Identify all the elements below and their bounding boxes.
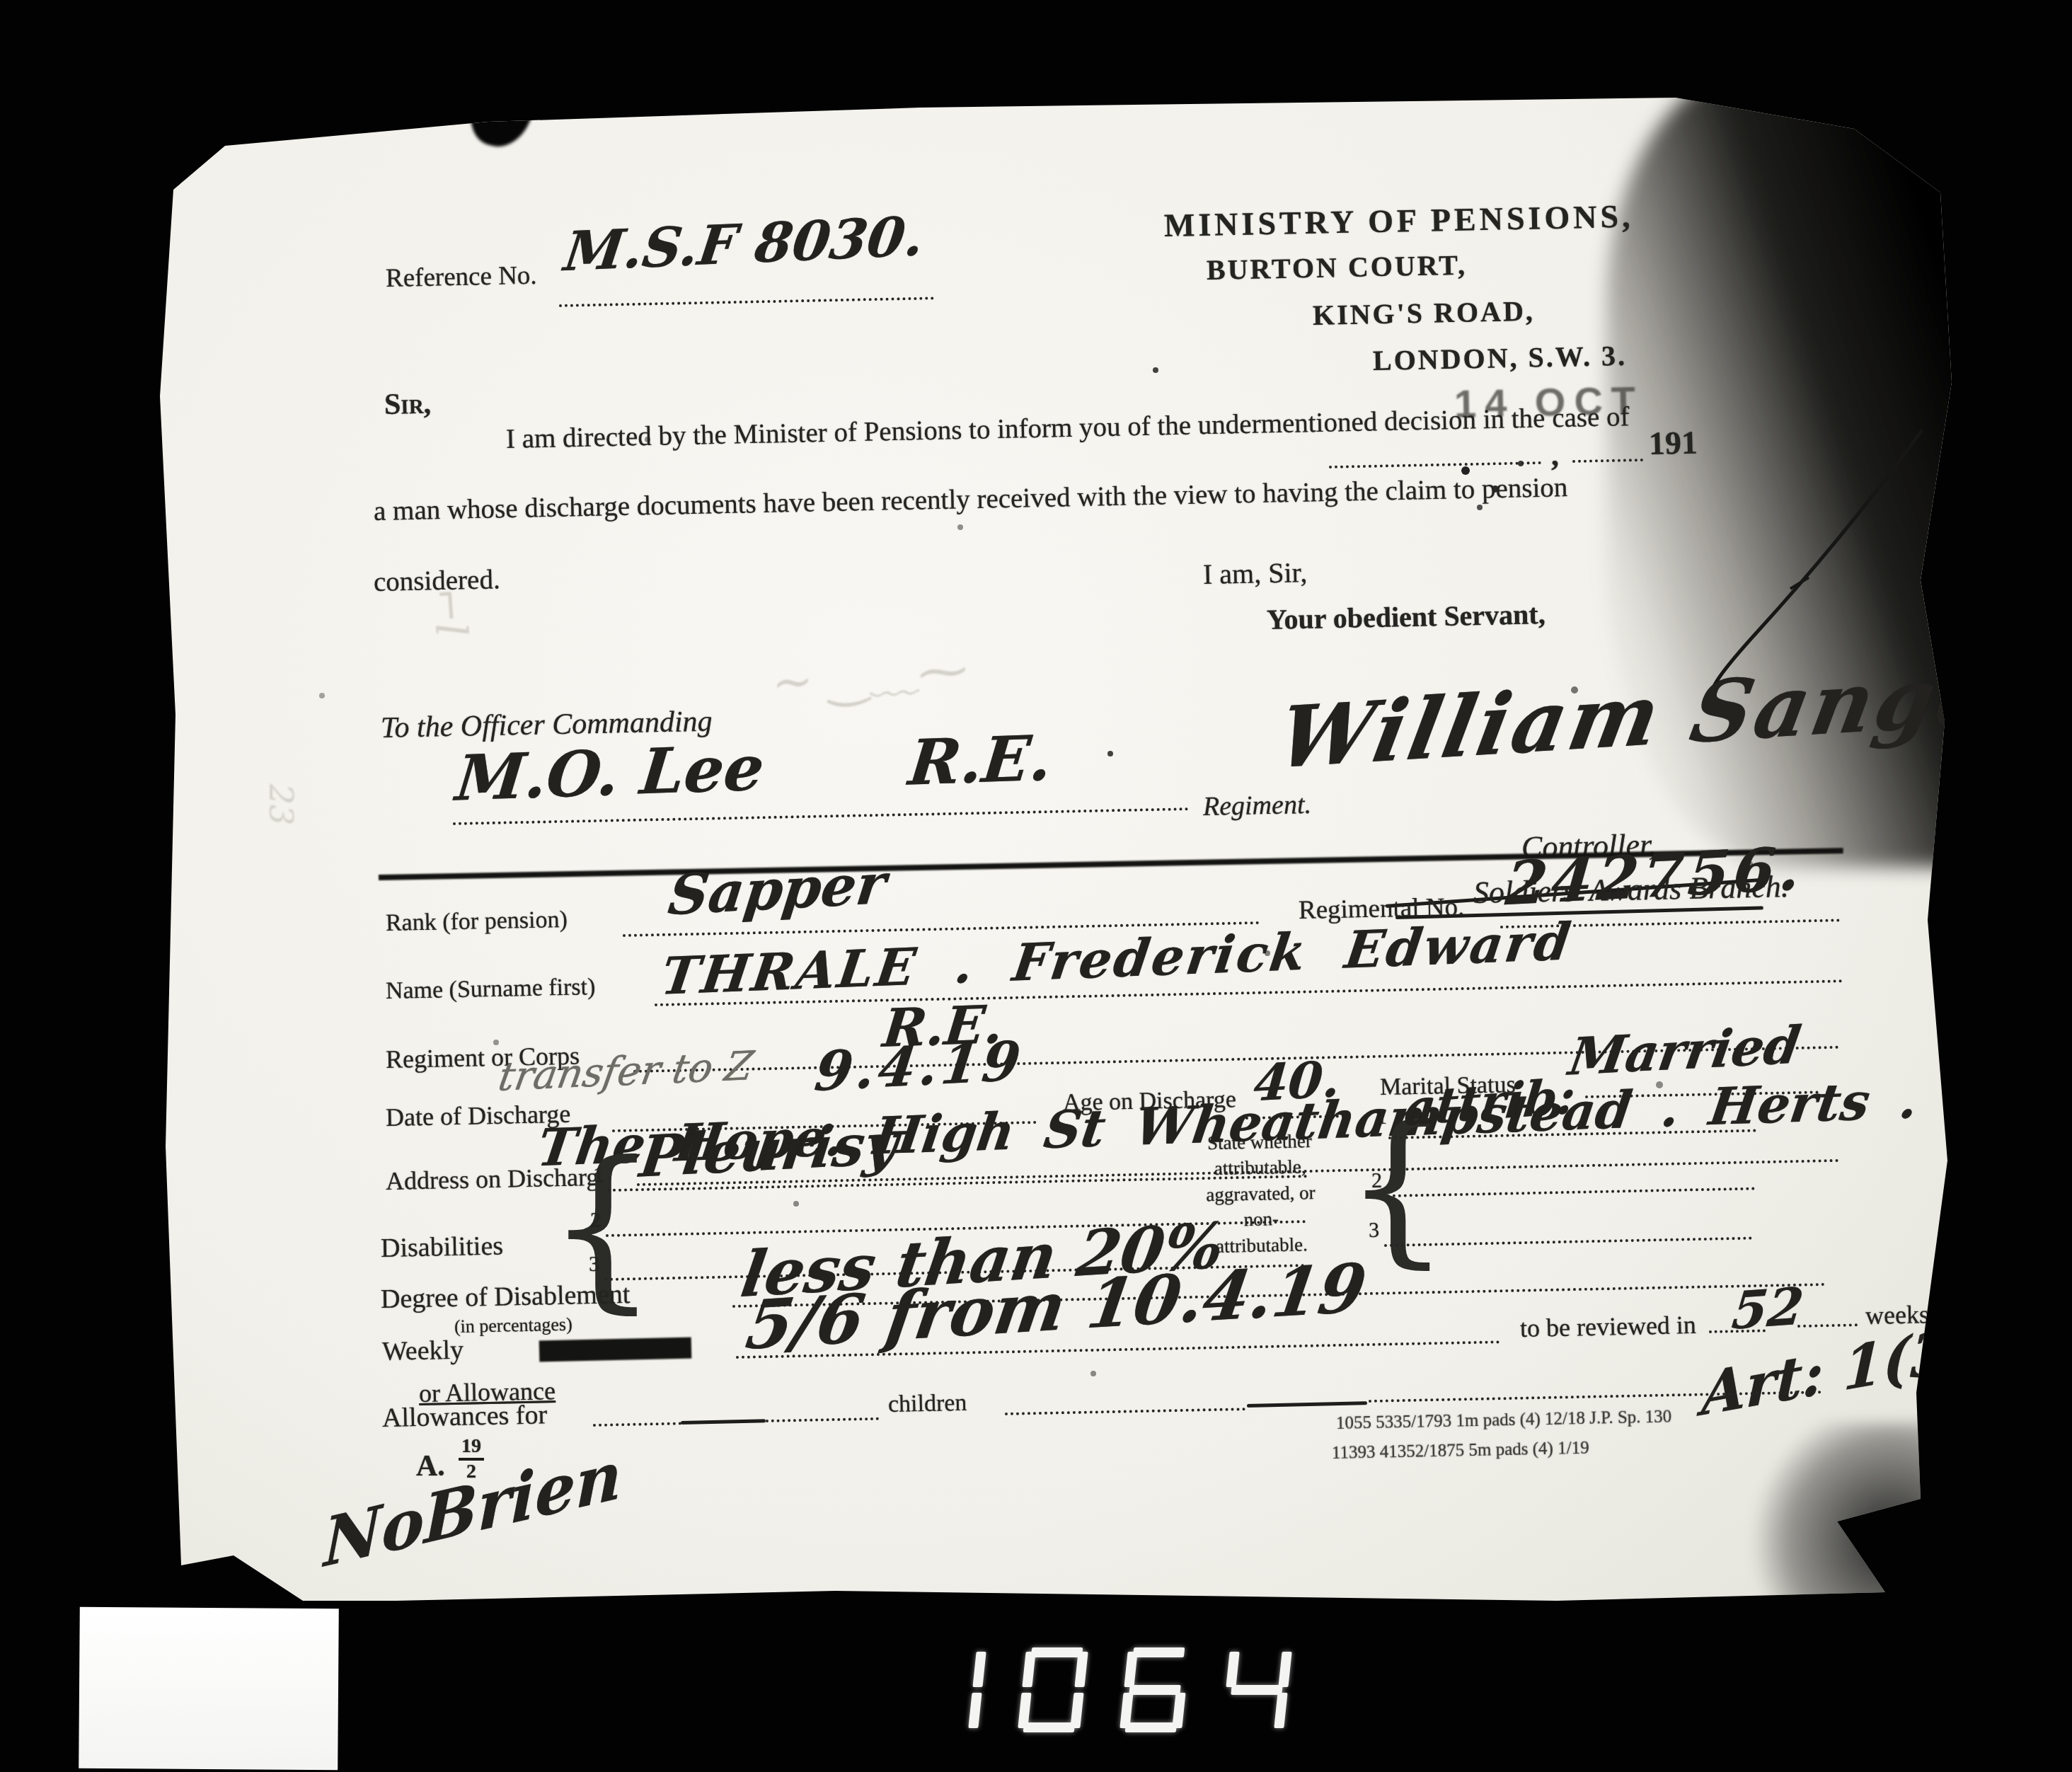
- valediction-line1: I am, Sir,: [1203, 556, 1308, 591]
- torn-corner-shadow: [1748, 1422, 1953, 1621]
- pencil-ghost: ~ ‿﹏⁓: [769, 630, 970, 715]
- name-label: Name (Surname first): [386, 974, 596, 1005]
- letter-paper: ~ ‿﹏⁓ ⌐l 23 Reference No. M.S.F 8030. MI…: [0, 0, 2072, 1772]
- counter-digit: [916, 1647, 987, 1732]
- review-value: 52: [1729, 1275, 1807, 1341]
- disability-2-no: 2: [590, 1209, 602, 1233]
- disabilities-label: Disabilities: [381, 1231, 504, 1264]
- addressee-corps: R.E.: [906, 720, 1056, 799]
- margin-number: 23: [262, 784, 300, 826]
- counter-digit: [1018, 1647, 1089, 1732]
- year-suffix: 191: [1648, 424, 1698, 462]
- ministry-line4: LONDON, S.W. 3.: [1373, 339, 1628, 377]
- date-comma: ,: [1551, 437, 1559, 473]
- ink-blot: [464, 59, 543, 153]
- addressee-suffix: Regiment.: [1203, 789, 1312, 822]
- allowances-dots-1: [593, 1422, 681, 1427]
- weekly-label: Weekly: [382, 1335, 464, 1367]
- addressee-unit: M.O. Lee: [453, 730, 768, 815]
- margin-note-2: w.d.: [2004, 1256, 2072, 1357]
- date-dots: [1329, 461, 1541, 468]
- rank-label: Rank (for pension): [386, 907, 568, 937]
- attribution-3-no: 3: [1369, 1219, 1380, 1243]
- body-line2: a man whose discharge documents have bee…: [374, 471, 1568, 527]
- body-line3: considered.: [374, 563, 501, 598]
- form-code-numerator: 19: [459, 1435, 484, 1461]
- allowances-strike-1: [681, 1419, 766, 1425]
- margin-note-1: Con dl: [1942, 1223, 2072, 1340]
- disability-3-no: 3: [589, 1253, 600, 1277]
- disability-1-no: 1: [593, 1163, 604, 1187]
- print-ref-line1: 1055 5335/1793 1m pads (4) 12/18 J.P. Sp…: [1336, 1407, 1672, 1434]
- allowances-strike-2: [1247, 1401, 1367, 1408]
- ministry-line2: BURTON COURT,: [1207, 248, 1468, 287]
- margin-note-3: 1918.: [1981, 1332, 2072, 1452]
- review-label: to be reviewed in: [1520, 1310, 1697, 1343]
- print-ref-line2: 11393 41352/1875 5m pads (4) 1/19: [1332, 1439, 1589, 1463]
- discharge-value: 9.4.19: [812, 1029, 1028, 1103]
- counter-digit: [1221, 1647, 1293, 1732]
- counter-digit: [1120, 1647, 1191, 1732]
- body-line1: I am directed by the Minister of Pension…: [506, 401, 1630, 455]
- attribution-1-no: 1: [1376, 1105, 1388, 1129]
- degree-label: Degree of Disablement: [381, 1279, 631, 1315]
- ministry-line3: KING'S ROAD,: [1313, 294, 1536, 332]
- allowances-label: Allowances for: [382, 1399, 548, 1434]
- reference-value: M.S.F 8030.: [560, 205, 928, 284]
- attribution-2-no: 2: [1371, 1169, 1383, 1193]
- allowances-dots-2: [766, 1417, 879, 1422]
- scan-noise: [0, 0, 4, 4]
- redacted-word: [539, 1337, 692, 1362]
- valediction-line2: Your obedient Servant,: [1267, 597, 1546, 636]
- reference-dots: [559, 297, 934, 307]
- rank-value: Sapper: [665, 852, 890, 928]
- allowances-dots-3: [1005, 1408, 1245, 1415]
- disability-1-value: Pleurisy: [636, 1110, 902, 1190]
- allowances-unit: children: [888, 1390, 967, 1418]
- microfilm-scan: ~ ‿﹏⁓ ⌐l 23 Reference No. M.S.F 8030. MI…: [0, 0, 2072, 1772]
- salutation: Sir,: [384, 387, 432, 422]
- ministry-line1: MINISTRY OF PENSIONS,: [1163, 197, 1633, 244]
- reference-label: Reference No.: [386, 260, 537, 294]
- blank-card: [79, 1607, 339, 1771]
- degree-sublabel: (in percentages): [454, 1314, 572, 1337]
- review-dots-2: [1797, 1323, 1858, 1328]
